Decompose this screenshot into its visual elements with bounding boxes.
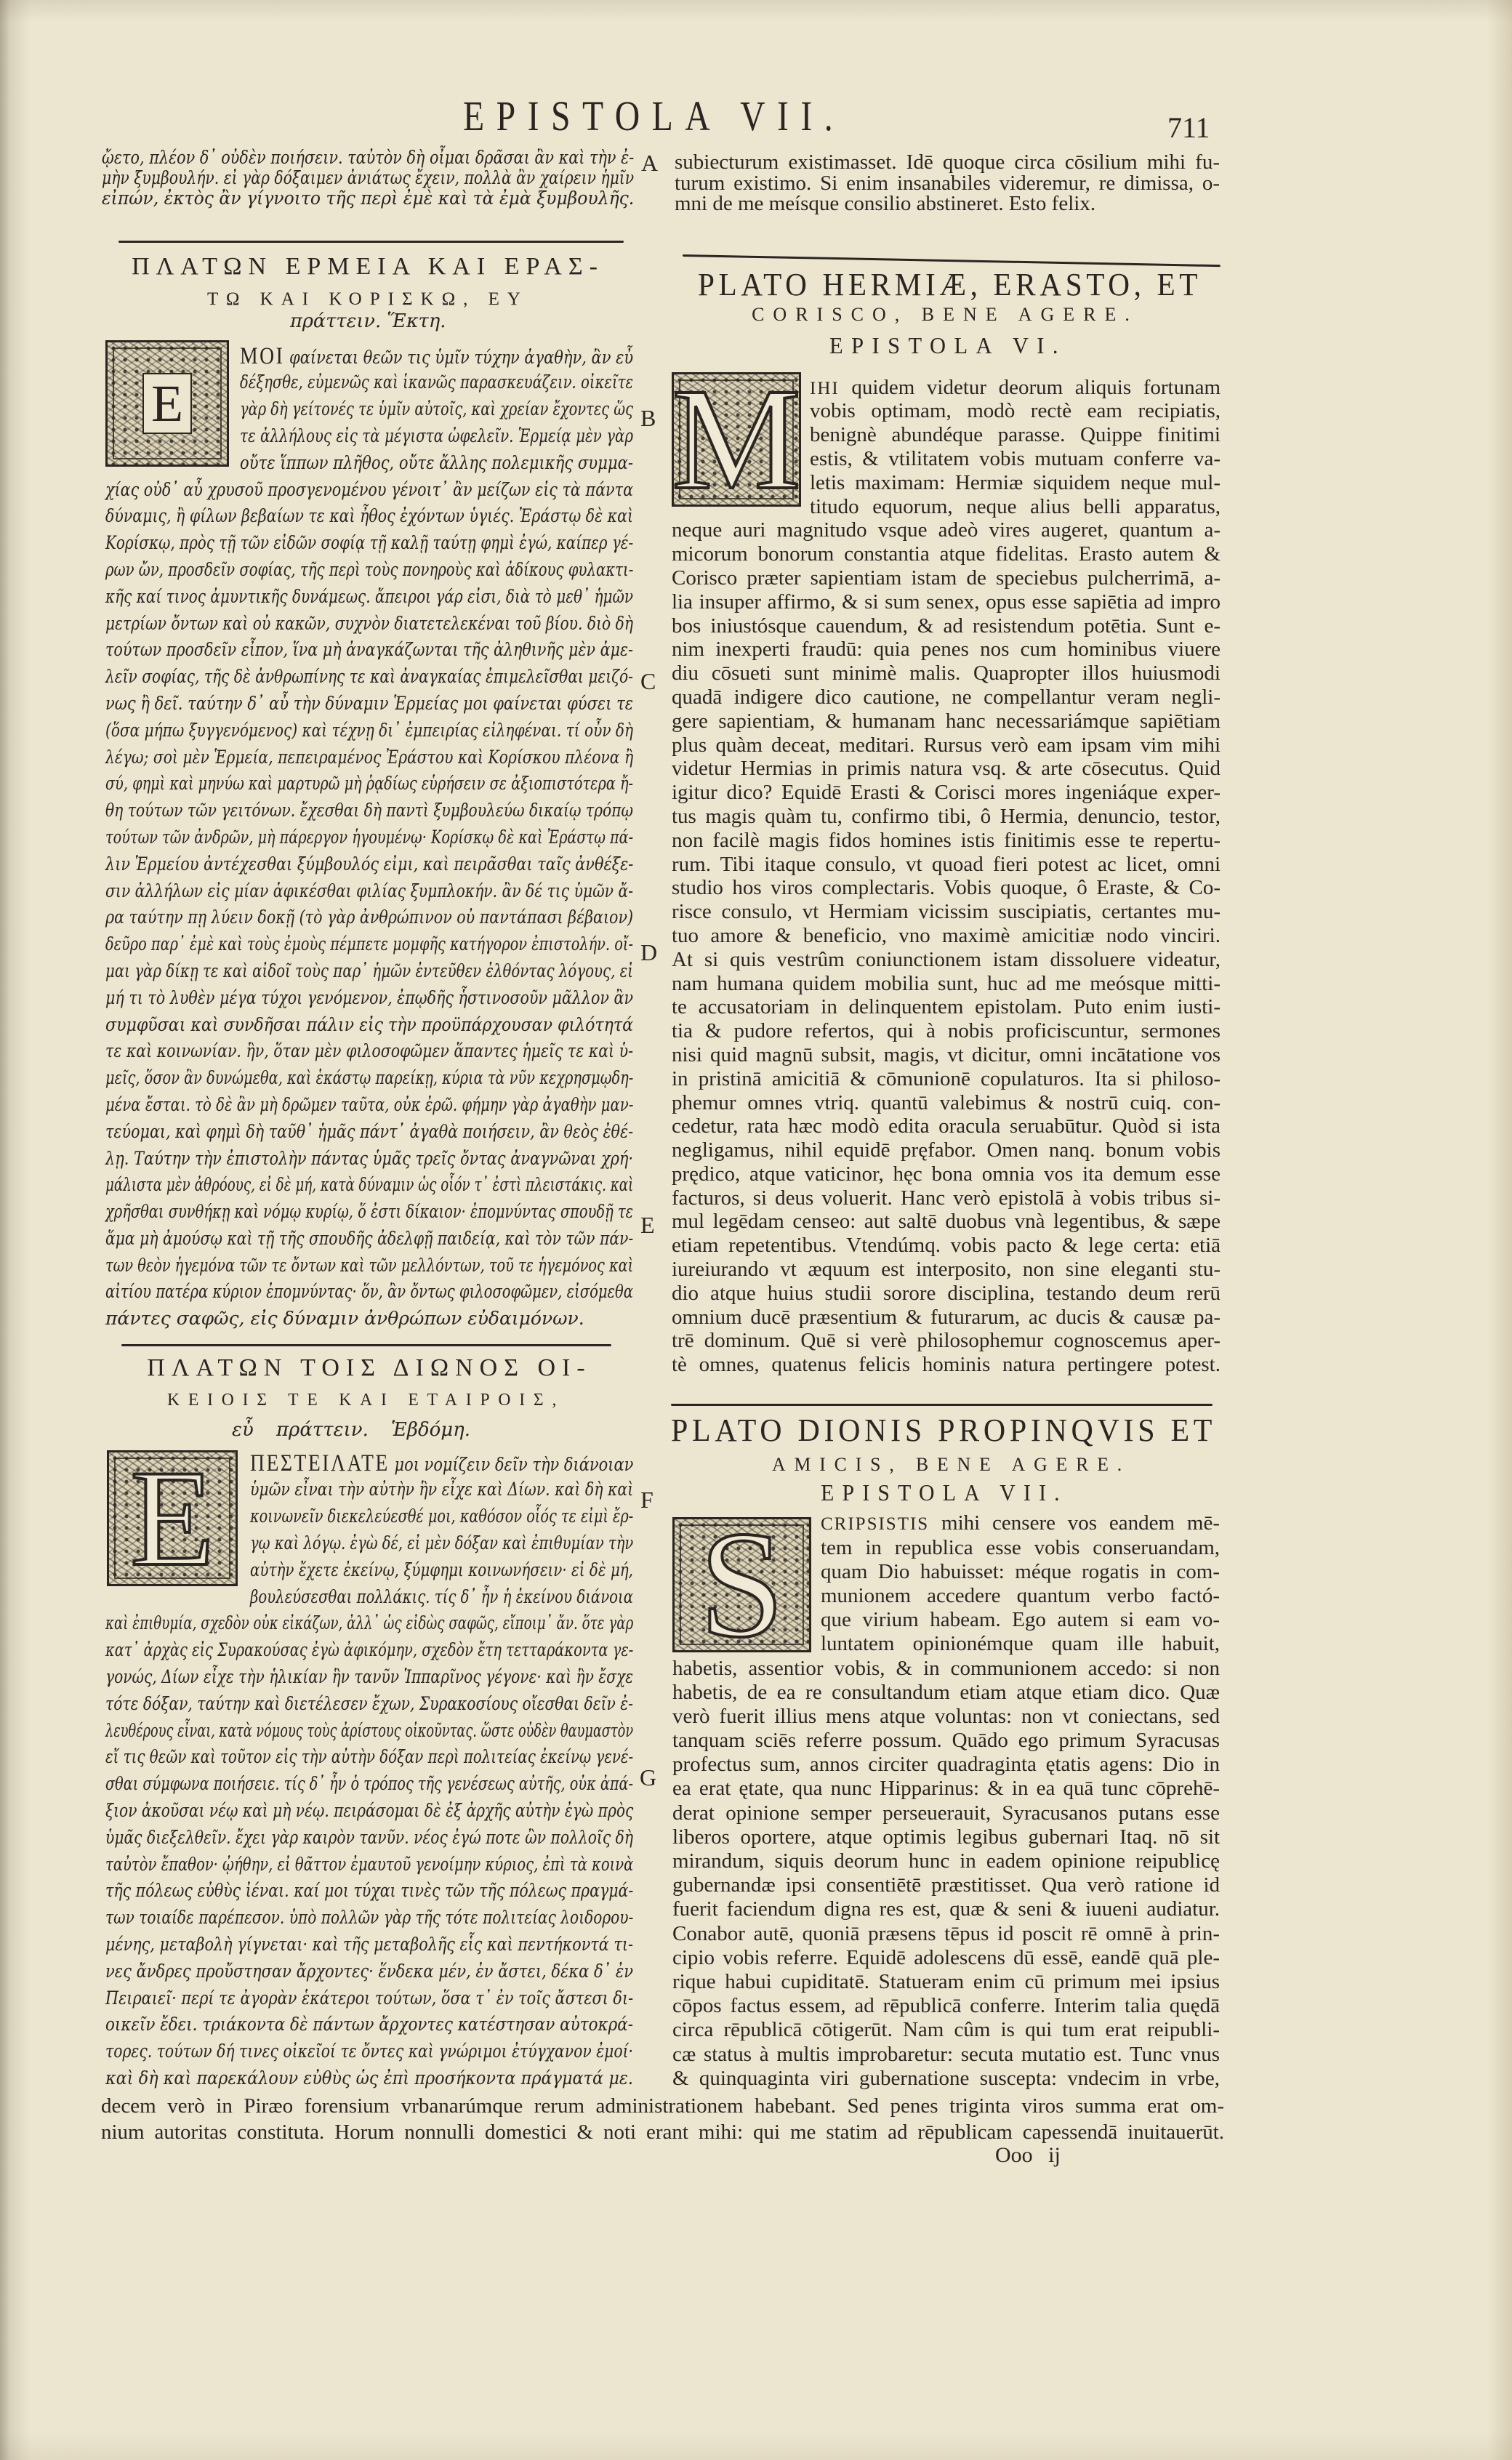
text-line: μένα ἔσται. τὸ δὲ ἂν μὴ δρῶμεν ταῦτα, οὐ… [105, 1092, 633, 1119]
text-line: mni de me meísque consilio abstineret. E… [675, 193, 1220, 214]
signature-text: Ooo ij [995, 2143, 1068, 2168]
text-line: βουλεύσεσθαι πολλάκις. τίς δ᾽ ἦν ἡ ἐκείν… [250, 1584, 633, 1611]
text-line: των θεὸν ἡγεμόνα τῶν τε ὄντων καὶ τῶν με… [105, 1253, 633, 1279]
text-line: diu cōsueti sunt minimè malis. Quapropte… [672, 662, 1221, 686]
text-line: cæ status à multis improbaretur: secuta … [672, 2043, 1220, 2067]
text-line: tia & pudore refertos, qui à nobis profi… [672, 1019, 1221, 1043]
text-line: decem verò in Piræo forensium vrbanarúmq… [101, 2093, 1224, 2119]
text-line: δύναμις, ἢ φίλων βεβαίων τε καὶ ἦθος ἐχό… [105, 503, 633, 530]
text-line: τε καὶ κοινωνίαν. ἣν, ὅταν μὲν φιλοσοφῶμ… [105, 1038, 633, 1065]
greek-continuation-lines: ᾤετο, πλέον δ᾽ οὐδὲν ποιήσειν. ταὐτὸν δὴ… [102, 148, 634, 209]
margin-letter-d: D [640, 941, 657, 964]
heading-line: EPISTOLA VI. [829, 334, 1066, 357]
text-line: Corisco præter sapientiam istam de speci… [672, 566, 1221, 590]
text-line: τε ἀλλήλους εἰς τὰ μέγιστα ὠφελεῖν. Ἑρμε… [240, 423, 633, 450]
text-line: & quinquaginta viri gubernatione suscept… [672, 2067, 1220, 2091]
text-line: cedetur, rata hæc modò edita oracula ser… [672, 1114, 1221, 1138]
latin-epistle-7-heading-2: AMICIS, BENE AGERE. [772, 1455, 1130, 1474]
margin-letter-b: B [640, 406, 656, 430]
text-line: plus quàm deceat, meditari. Rursus verò … [672, 733, 1221, 757]
text-line: liberos oportere, atque optimis legibus … [672, 1825, 1220, 1849]
latin-epistle-6-heading-3: EPISTOLA VI. [829, 334, 1066, 357]
text-line: χρῆσθαι συνθήκῃ καὶ νόμῳ κυρίῳ, ὅ ἐστι δ… [105, 1199, 633, 1226]
greek-epistle-6-heading-2: ΤΩ ΚΑΙ ΚΟΡΙΣΚΩ, ΕΥ [196, 290, 539, 308]
greek-epistle-7-heading-3: εὖ πράττειν. Ἑβδόμη. [232, 1420, 470, 1440]
heading-line: PLATO DIONIS PROPINQVIS ET [671, 1415, 1216, 1447]
heading-line: εὖ πράττειν. Ἑβδόμη. [232, 1420, 470, 1440]
text-line: μή τι τὸ λυθὲν μέγα τύχοι γενόμενον, ἐπῳ… [105, 985, 633, 1012]
heading-line: PLATO HERMIÆ, ERASTO, ET [698, 269, 1202, 301]
text-line: benignè abundéque parasse. Quippe finiti… [810, 423, 1221, 447]
heading-line: πράττειν. Ἕκτη. [290, 311, 446, 331]
text-line: τούτων προσδεῖν εἶπον, ἵνα μὴ ἀναγκάζωντ… [105, 637, 633, 664]
text-line: rique habui cupiditatē. Statueram enim c… [672, 1970, 1220, 1994]
page-number: 711 [1167, 113, 1211, 142]
text-line: risce consulo, vt Hermiam vicissim susci… [672, 900, 1221, 924]
text-line: omnium ducē præsentium & futurarum, ac d… [672, 1306, 1221, 1330]
greek-epistle-6-heading-3: πράττειν. Ἕκτη. [290, 311, 446, 331]
text-line: tem in republica esse vobis conseruandam… [821, 1536, 1220, 1560]
text-line: verò fuerit illius mens atque voluntas: … [672, 1705, 1220, 1729]
book-page: EPISTOLA VII. 711 A B C D E F G ᾤετο, πλ… [0, 0, 1512, 2460]
text-line: ρα ταύτην πῃ λύειν δοκῇ (τὸ γὰρ ἀνθρώπιν… [105, 904, 633, 931]
text-line: CRIPSISTIS mihi censere vos eandem mē- [821, 1511, 1220, 1535]
text-line: τῆς πόλεως εὐθὺς ἰέναι. καί μοι τύχαι τι… [105, 1878, 633, 1905]
text-line: λῃ. Ταύτην τὴν ἐπιστολὴν πάντας ὑμᾶς τρε… [105, 1146, 633, 1173]
text-line: letis maximam: Hermiæ siquidem neque mul… [810, 471, 1221, 495]
text-line: At si quis vestrûm coniunctionem istam d… [672, 948, 1221, 972]
text-line: λεῖν σοφίας, τῆς δὲ ἀνθρωπίνης τε καὶ ἀν… [105, 664, 633, 691]
text-line: tanquam sciēs referre possum. Quādo ego … [672, 1729, 1220, 1753]
running-head: EPISTOLA VII. [463, 95, 845, 137]
text-line: Conabor autē, quoniā præsens tēpus id po… [672, 1922, 1220, 1946]
text-line: non facilè magis fidos homines istis fin… [672, 829, 1221, 853]
text-line: σύ, φημὶ καὶ μηνύω καὶ μαρτυρῶ μὴ ῥᾳδίως… [105, 771, 633, 797]
text-line: καὶ δὴ καὶ παρεκάλουν εὐθὺς ὡς ἐπὶ προσή… [105, 2065, 633, 2092]
margin-letter-a: A [641, 151, 658, 174]
text-line: negligamus, nihil equidē pręfabor. Omen … [672, 1138, 1221, 1162]
opening-word: ΜΟΙ [240, 343, 284, 369]
text-line: dio atque huius studii sorore disciplina… [672, 1282, 1221, 1306]
text-line: phemur omnes vtriq. quantū valebimus & n… [672, 1091, 1221, 1115]
text-line: ὑμῶν εἶναι τὴν αὐτὴν ἣν εἶχε καὶ Δίων. κ… [250, 1476, 633, 1503]
text-line: mirandum, siquis deorum hunc in eadem op… [672, 1849, 1220, 1873]
section-rule [683, 254, 1221, 267]
text-line: gubernandæ ipsi consentiētē præstitisset… [672, 1873, 1220, 1897]
latin-epistle-7-heading: PLATO DIONIS PROPINQVIS ET [671, 1415, 1216, 1447]
heading-line: EPISTOLA VII. [821, 1481, 1068, 1504]
latin-epistle-6-heading-2: CORISCO, BENE AGERE. [749, 305, 1141, 324]
heading-line: ΠΛΑΤΩΝ ΤΟΙΣ ΔΙΩΝΟΣ ΟΙ- [131, 1356, 608, 1380]
text-line: nam humana quidem mobilia sunt, huc ad m… [672, 972, 1221, 996]
text-line: luntatem opinionémque quam ille habuit, [821, 1632, 1220, 1656]
text-line: circa rēpublicā cōtigerūt. Nam cûm is qu… [672, 2018, 1220, 2042]
text-line: fuerit faciendum digna res est, quæ & se… [672, 1897, 1220, 1921]
text-line: λέγω; σοὶ μὲν Ἑρμεία, πεπειραμένος Ἐράστ… [105, 744, 633, 771]
text-line: tus magis quàm tu, confirmo tibi, ô Herm… [672, 805, 1221, 829]
text-line: τότε δόξαν, ταύτην καὶ διετέλεσεν ἔχων, … [105, 1691, 633, 1718]
text-line: εἴ τις θεῶν καὶ τοῦτον εἰς τὴν αὐτὴν δόξ… [105, 1744, 633, 1771]
text-line: habetis, de ea re consultandum etiam atq… [672, 1681, 1220, 1705]
latin-epistle-7-text: CRIPSISTIS mihi censere vos eandem mē- t… [672, 1511, 1220, 2091]
greek-continuation-text: ᾤετο, πλέον δ᾽ οὐδὲν ποιήσειν. ταὐτὸν δὴ… [102, 148, 634, 209]
first-line-text: mihi censere vos eandem mē- [941, 1511, 1220, 1535]
text-line: νες ἄνδρες προὔστησαν ἄρχοντες· ἕνδεκα μ… [105, 1958, 633, 1985]
opening-word: ΠΕΣΤΕΙΛΑΤΕ [250, 1450, 390, 1476]
text-line: χίας οὐδ᾽ αὖ χρυσοῦ προσγενομένου γένοιτ… [105, 477, 633, 504]
text-line: turum existimo. Si enim insanabiles vide… [675, 173, 1220, 194]
greek-epistle-7-heading: ΠΛΑΤΩΝ ΤΟΙΣ ΔΙΩΝΟΣ ΟΙ- [131, 1356, 608, 1380]
text-line: in pristinā amicitiā & cōmunionē copulat… [672, 1067, 1221, 1091]
margin-letter-c: C [640, 670, 656, 693]
section-rule [671, 1404, 1213, 1406]
greek-epistle-7-lines: ὑμῶν εἶναι τὴν αὐτὴν ἣν εἶχε καὶ Δίων. κ… [105, 1476, 633, 2091]
text-line: neque auri magnitudo vsque adeò vires au… [672, 518, 1221, 542]
text-line: ea erat ętate, qua nunc Hipparinus: & in… [672, 1777, 1220, 1801]
heading-line: ΠΛΑΤΩΝ ΕΡΜΕΙΑ ΚΑΙ ΕΡΑΣ- [127, 254, 608, 279]
text-line: cōpos factus essem, ad rēpublicā conferr… [672, 1994, 1220, 2018]
text-line: micorum bonorum constantia atque fidelit… [672, 542, 1221, 566]
text-line: profectus sum, annos circiter quadragint… [672, 1753, 1220, 1777]
text-line: quam Dio habuisset: méque rogatis in com… [821, 1560, 1220, 1584]
text-line: vobis optimam, modò rectè eam recipiatis… [810, 399, 1221, 423]
text-line: tè omnes, quatenus felicis hominis natur… [672, 1353, 1221, 1377]
heading-line: AMICIS, BENE AGERE. [772, 1455, 1130, 1474]
text-line: estis, & vtilitatem vobis mutuam conferr… [810, 447, 1221, 471]
text-line: κατ᾽ ἀρχὰς εἰς Συρακούσας ἐγὼ ἀφικόμην, … [105, 1637, 633, 1664]
text-line: γὰρ δὴ γείτονές τε ὑμῖν αὐτοῖς, καὶ χρεί… [240, 396, 633, 423]
text-line: munionem accedere quantum verbo factó- [821, 1584, 1220, 1608]
text-line: ξιον ἀκοῦσαι νέῳ καὶ μὴ νέῳ. πειράσομαι … [105, 1798, 633, 1825]
greek-epistle-6-text: ΜΟΙ φαίνεται θεῶν τις ὑμῖν τύχην ἀγαθὴν,… [105, 343, 633, 1332]
text-line: videtur Hermias in primis natura vsq. & … [672, 757, 1221, 781]
text-line: Πειραιεῖ· περί τε ἀγορὰν ἑκάτεροι τούτων… [105, 1985, 633, 2012]
text-line: εἰπών, ἐκτὸς ἂν γίγνοιτο τῆς περὶ ἐμὲ κα… [102, 188, 634, 209]
text-line: ᾤετο, πλέον δ᾽ οὐδὲν ποιήσειν. ταὐτὸν δὴ… [102, 148, 634, 168]
text-line: τορες. τούτων δή τινες οἰκεῖοί τε ὄντες … [105, 2038, 633, 2065]
text-line: IHI quidem videtur deorum aliquis fortun… [810, 376, 1221, 400]
text-line: συμφῦσαι καὶ συνδῆσαι πάλιν εἰς τὴν προϋ… [105, 1012, 633, 1039]
text-line: nisi quid magnū subsit, magis, vt dicitu… [672, 1043, 1221, 1067]
text-line: titudo equorum, neque alius belli appara… [810, 495, 1221, 519]
text-line: cipio vobis referre. Equidē adolescens d… [672, 1946, 1220, 1970]
text-line: τούτων τῶν ἀνδρῶν, μὴ πάρεργον ἡγουμένῳ·… [105, 824, 633, 851]
text-line: subiecturum existimasset. Idē quoque cir… [675, 152, 1220, 173]
text-line: Κορίσκῳ, πρὸς τῇ τῶν εἰδῶν σοφίᾳ τῇ καλῇ… [105, 530, 633, 557]
text-line: gere sapientiam, & humanam hanc necessar… [672, 710, 1221, 733]
footer-lines: decem verò in Piræo forensium vrbanarúmq… [101, 2093, 1224, 2145]
text-line: ἅμα μὴ ἀμούσῳ καὶ τῇ τῆς σπουδῆς ἀδελφῇ … [105, 1226, 633, 1253]
section-rule [121, 1344, 611, 1346]
latin-continuation-text: subiecturum existimasset. Idē quoque cir… [675, 152, 1220, 214]
full-width-latin-lines: decem verò in Piræo forensium vrbanarúmq… [101, 2093, 1224, 2145]
greek-epistle-7-text: ΠΕΣΤΕΙΛΑΤΕ μοι νομίζειν δεῖν τὴν διάνοια… [105, 1450, 633, 2092]
latin-epistle-6-lines: vobis optimam, modò rectè eam recipiatis… [672, 399, 1221, 1377]
text-line: bos iniustósque cauendum, & ad resistend… [672, 614, 1221, 638]
section-rule [118, 241, 624, 243]
text-line: σιν ἀλλήλων εἰς μίαν ἀφικέσθαι φιλίας ξυ… [105, 878, 633, 905]
first-line-text: quidem videtur deorum aliquis fortunam [851, 376, 1221, 399]
latin-epistle-6-heading: PLATO HERMIÆ, ERASTO, ET [698, 269, 1202, 301]
latin-epistle-6-text: IHI quidem videtur deorum aliquis fortun… [672, 376, 1221, 1377]
text-line: δέξησθε, εὐμενῶς καὶ ἱκανῶς παρασκευάζει… [240, 369, 633, 396]
text-line: tuo amore & beneficio, vno maximè amicit… [672, 924, 1221, 948]
text-line: καὶ ἐπιθυμία, σχεδὸν οὐκ εἰκάζων, ἀλλ᾽ ὡ… [105, 1610, 633, 1637]
greek-epistle-7-heading-2: ΚΕΙΟΙΣ ΤΕ ΚΑΙ ΕΤΑΙΡΟΙΣ, [167, 1391, 565, 1409]
text-line: γονώς, Δίων εἶχε τὴν ἡλικίαν ἣν τανῦν Ἱπ… [105, 1664, 633, 1691]
text-line: nim inexperti fraudū: quia penes nos cum… [672, 638, 1221, 662]
text-line: οὔτε ἵππων πλῆθος, οὔτε ἄλλης πολεμικῆς … [240, 450, 633, 477]
text-line: rum. Tibi itaque consulo, vt quoad fieri… [672, 853, 1221, 877]
text-line: μαι γὰρ δίκῃ τε καὶ αἰδοῖ τοὺς παρ᾽ ἡμῶν… [105, 958, 633, 985]
text-line: μετρίων ὄντων καὶ οὐ κακῶν, συχνὸν διατε… [105, 611, 633, 638]
text-line: (ὅσα μήπω ξυγγενόμενος) καὶ τέχνῃ δι᾽ ἐμ… [105, 717, 633, 744]
text-line: habetis, assentior vobis, & in communion… [672, 1657, 1220, 1681]
text-line: μὴν ξυμβουλήν. εἰ γὰρ δόξαιμεν ἀνιάτως ἔ… [102, 168, 634, 188]
text-line: ΜΟΙ φαίνεται θεῶν τις ὑμῖν τύχην ἀγαθὴν,… [240, 343, 633, 370]
text-line: κῆς καί τινος ἀμυντικῆς δυνάμεως. ἄπειρο… [105, 584, 633, 611]
text-line: mul legēdam censeo: aut saltē duobus vnà… [672, 1210, 1221, 1234]
text-line: θη τούτων τῶν γειτόνων. ἔχεσθαι δὴ παντὶ… [105, 797, 633, 824]
text-line: ταὐτὸν ἔπαθον· ᾠήθην, εἰ θᾶττον ἐμαυτοῦ … [105, 1852, 633, 1878]
text-line: derat opinione semper perseuerauit, Syra… [672, 1801, 1220, 1825]
text-line: te accusatoriam in delinquentem epistola… [672, 995, 1221, 1019]
latin-continuation-lines: subiecturum existimasset. Idē quoque cir… [675, 152, 1220, 214]
text-line: οικεῖν ἔδει. τριάκοντα δὲ πάντων ἄρχοντε… [105, 2011, 633, 2038]
margin-letter-e: E [640, 1213, 655, 1237]
text-line: γῳ καὶ λόγῳ. ἐγὼ δέ, εἰ μὲν δόξαν καὶ ἐπ… [250, 1530, 633, 1557]
greek-epistle-6-lines: δέξησθε, εὐμενῶς καὶ ἱκανῶς παρασκευάζει… [105, 369, 633, 1332]
text-line: λευθέρους εἶναι, κατὰ νόμους τοὺς ἀρίστο… [105, 1718, 633, 1745]
text-line: λιν Ἑρμείου ἀντέχεσθαι ξύμβουλός εἰμι, κ… [105, 851, 633, 878]
margin-letter-g: G [640, 1766, 656, 1789]
text-line: studio hos viros complectaris. Vobis quo… [672, 876, 1221, 900]
text-line: igitur dico? Equidē Erasti & Corisci mor… [672, 781, 1221, 805]
text-line: iureiurando vt æquum est interposito, no… [672, 1258, 1221, 1282]
heading-line: ΤΩ ΚΑΙ ΚΟΡΙΣΚΩ, ΕΥ [196, 290, 539, 308]
text-line: μένης, μεταβολὴ γίγνεται· καὶ τῆς μεταβο… [105, 1932, 633, 1958]
signature-mark: Ooo ij [995, 2143, 1068, 2168]
text-line: etiam repetentibus. Vtendúmq. vobis pact… [672, 1234, 1221, 1258]
text-line: πάντες σαφῶς, εἰς δύναμιν ἀνθρώπων εὐδαι… [105, 1306, 633, 1332]
text-line: μεῖς, ὅσον ἂν δυνώμεθα, καὶ ἑκάστῳ παρεί… [105, 1065, 633, 1092]
margin-letter-f: F [640, 1488, 654, 1511]
text-line: prędico, atque vaticinor, hęc bona omnia… [672, 1162, 1221, 1186]
text-line: ρων ὤν, προσδεῖν σοφίας, τῆς περὶ τοὺς π… [105, 557, 633, 584]
text-line: μάλιστα μὲν ἀθρόους, εἰ δὲ μή, κατὰ δύνα… [105, 1172, 633, 1199]
greek-epistle-6-heading: ΠΛΑΤΩΝ ΕΡΜΕΙΑ ΚΑΙ ΕΡΑΣ- [127, 254, 608, 279]
latin-epistle-7-lines: tem in republica esse vobis conseruandam… [672, 1536, 1220, 2091]
opening-word: IHI [810, 379, 840, 398]
text-line: trē dominum. Quē si verè philosophemur c… [672, 1329, 1221, 1353]
text-line: facturos, si deus voluerit. Hanc verò ep… [672, 1186, 1221, 1210]
text-line: νως ἢ δεῖ. ταύτην δ᾽ αὖ τὴν δύναμιν Ἑρμε… [105, 691, 633, 717]
heading-line: ΚΕΙΟΙΣ ΤΕ ΚΑΙ ΕΤΑΙΡΟΙΣ, [167, 1391, 565, 1409]
opening-word: CRIPSISTIS [821, 1514, 929, 1534]
text-line: κοινωνεῖν διεκελεύεσθέ μοι, καθόσον οἷός… [250, 1503, 633, 1530]
text-line: αὐτὴν ἔχετε ἐκείνῳ, ξύμφημι κοινωνήσειν·… [250, 1557, 633, 1584]
text-line: ὑμᾶς διεξελθεῖν. ἔχει γὰρ καιρὸν τανῦν. … [105, 1825, 633, 1852]
first-line-text: φαίνεται θεῶν τις ὑμῖν τύχην ἀγαθὴν, ἂν … [289, 347, 633, 368]
first-line-text: μοι νομίζειν δεῖν τὴν διάνοιαν [394, 1454, 633, 1475]
text-line: nium autoritas constituta. Horum nonnull… [101, 2119, 1224, 2145]
text-line: αἰτίου πατέρα κύριον ἐπομνύντας· ὅν, ἂν … [105, 1279, 633, 1306]
text-line: των τοιαίδε παρέπεσον. ὑπὸ πολλῶν γὰρ τῆ… [105, 1905, 633, 1932]
text-line: τεύομαι, καὶ φημὶ δὴ ταῦθ᾽ ἡμᾶς πάντ᾽ ἀγ… [105, 1119, 633, 1146]
text-line: σθαι σύμφωνα ποιήσειε. τίς δ᾽ ἦν ὁ τρόπο… [105, 1771, 633, 1798]
page-number-text: 711 [1167, 113, 1211, 142]
heading-line: CORISCO, BENE AGERE. [749, 305, 1141, 324]
text-line: δεῦρο παρ᾽ ἐμὲ καὶ τοὺς ἐμοὺς πέμπετε μο… [105, 931, 633, 958]
running-head-text: EPISTOLA VII. [463, 95, 845, 137]
text-line: ΠΕΣΤΕΙΛΑΤΕ μοι νομίζειν δεῖν τὴν διάνοια… [250, 1450, 633, 1477]
text-line: que virium habeam. Ego autem si eam vo- [821, 1608, 1220, 1632]
latin-epistle-7-heading-3: EPISTOLA VII. [821, 1481, 1068, 1504]
text-line: lia insuper affirmo, & si sum senex, opu… [672, 590, 1221, 614]
text-line: quadā indigere dico cautione, ne compell… [672, 686, 1221, 710]
